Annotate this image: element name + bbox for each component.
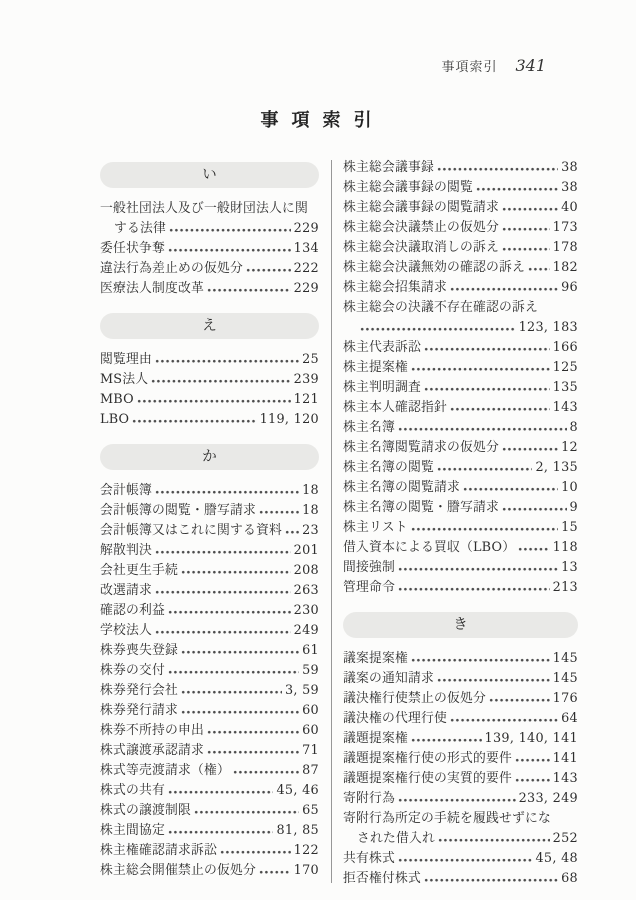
entry-line: 会計帳簿又はこれに関する資料23 — [100, 521, 319, 541]
page-ref: 8 — [570, 418, 578, 438]
dot-leader — [518, 538, 549, 558]
entry-term: 株主名簿の閲覧請求 — [343, 478, 460, 498]
index-entry: 株主名簿の閲覧・謄写請求9 — [343, 498, 578, 518]
page-ref: 96 — [561, 278, 578, 298]
dot-leader — [450, 278, 558, 298]
dot-leader — [437, 669, 550, 689]
section-pill: き — [343, 612, 578, 638]
entry-term: 株主名簿 — [343, 418, 395, 438]
page-ref: 166 — [553, 338, 578, 358]
dot-leader — [155, 541, 291, 561]
page-ref: 252 — [553, 829, 578, 849]
page-ref: 135 — [553, 378, 578, 398]
page-ref: 134 — [294, 239, 319, 259]
entry-line: 議決権行使禁止の仮処分176 — [343, 689, 578, 709]
entry-line: 株主名簿閲覧請求の仮処分12 — [343, 438, 578, 458]
entry-line: 株主総会議事録の閲覧38 — [343, 178, 578, 198]
entry-line: 管理命令213 — [343, 578, 578, 598]
page-number: 341 — [515, 56, 546, 75]
dot-leader — [168, 661, 299, 681]
index-entry: 株主総会議事録の閲覧38 — [343, 178, 578, 198]
dot-leader — [438, 829, 550, 849]
entry-term: 株券の交付 — [100, 661, 165, 681]
index-entry: 株主本人確認指針143 — [343, 398, 578, 418]
dot-leader — [207, 279, 291, 299]
dot-leader — [424, 338, 550, 358]
dot-leader — [398, 418, 567, 438]
entry-line: 株主総会決議無効の確認の訴え182 — [343, 258, 578, 278]
index-entry: 議題提案権139, 140, 141 — [343, 729, 578, 749]
page-ref: 119, 120 — [260, 410, 319, 430]
entry-line: 借入資本による買収（LBO）118 — [343, 538, 578, 558]
dot-leader — [155, 350, 299, 370]
dot-leader — [411, 729, 482, 749]
dot-leader — [515, 749, 550, 769]
dot-leader — [502, 438, 558, 458]
entry-line: 株券不所持の申出60 — [100, 721, 319, 741]
index-entry: 株式の譲渡制限65 — [100, 801, 319, 821]
dot-leader — [155, 621, 291, 641]
index-entry: 株主提案権125 — [343, 358, 578, 378]
dot-leader — [168, 601, 291, 621]
dot-leader — [207, 741, 299, 761]
entry-line: 株式の譲渡制限65 — [100, 801, 319, 821]
page-ref: 38 — [561, 158, 578, 178]
entry-line: 株券発行会社3, 59 — [100, 681, 319, 701]
entry-term: MS法人 — [100, 370, 148, 390]
entry-term: 株券発行会社 — [100, 681, 178, 701]
entry-line: する法律229 — [100, 219, 319, 239]
page-ref: 201 — [294, 541, 319, 561]
index-entry: 株主名簿の閲覧請求10 — [343, 478, 578, 498]
entry-term: 違法行為差止めの仮処分 — [100, 259, 243, 279]
index-entry: 株式譲渡承認請求71 — [100, 741, 319, 761]
index-entry: 拒否権付株式68 — [343, 869, 578, 889]
index-entry: 学校法人249 — [100, 621, 319, 641]
page-ref: 38 — [561, 178, 578, 198]
dot-leader — [411, 518, 558, 538]
entry-term: 株主総会決議無効の確認の訴え — [343, 258, 525, 278]
page-ref: 143 — [553, 398, 578, 418]
section-pill: か — [100, 444, 319, 470]
index-entry: 議案提案権145 — [343, 649, 578, 669]
entry-line: LBO119, 120 — [100, 410, 319, 430]
entry-line: 株主判明調査135 — [343, 378, 578, 398]
dot-leader — [502, 238, 550, 258]
right-column: 株主総会議事録38株主総会議事録の閲覧38株主総会議事録の閲覧請求40株主総会決… — [343, 158, 578, 889]
index-entry: 株主リスト15 — [343, 518, 578, 538]
entry-term: 会社更生手続 — [100, 561, 178, 581]
page-ref: 3, 59 — [285, 681, 319, 701]
section-label: か — [202, 449, 217, 465]
index-entry: 一般社団法人及び一般財団法人に関する法律229 — [100, 199, 319, 239]
entry-line: 株主総会決議取消しの訴え178 — [343, 238, 578, 258]
running-head-title: 事項索引 — [441, 56, 497, 75]
entry-line: MBO121 — [100, 390, 319, 410]
entry-line: 会計帳簿の閲覧・謄写請求18 — [100, 501, 319, 521]
entry-line: 改選請求263 — [100, 581, 319, 601]
index-entry: 株式の共有45, 46 — [100, 781, 319, 801]
entry-term: 議決権行使禁止の仮処分 — [343, 689, 486, 709]
entry-term: 株主名簿の閲覧 — [343, 458, 434, 478]
entry-term: 医療法人制度改革 — [100, 279, 204, 299]
entry-line: 一般社団法人及び一般財団法人に関 — [100, 199, 319, 219]
entry-term: 株主総会決議取消しの訴え — [343, 238, 499, 258]
page-ref: 122 — [294, 841, 319, 861]
page-ref: 173 — [553, 218, 578, 238]
entry-line: 会社更生手続208 — [100, 561, 319, 581]
entry-term: 改選請求 — [100, 581, 152, 601]
dot-leader — [181, 681, 282, 701]
page-ref: 123, 183 — [519, 318, 578, 338]
dot-leader — [168, 239, 291, 259]
entry-line: 解散判決201 — [100, 541, 319, 561]
index-entry: 株主総会決議取消しの訴え178 — [343, 238, 578, 258]
dot-leader — [398, 849, 532, 869]
index-entry: 医療法人制度改革229 — [100, 279, 319, 299]
entry-line: 議題提案権行使の形式的要件141 — [343, 749, 578, 769]
index-entry: 解散判決201 — [100, 541, 319, 561]
entry-term: 株主名簿閲覧請求の仮処分 — [343, 438, 499, 458]
dot-leader — [437, 158, 558, 178]
index-entry: 株主総会開催禁止の仮処分170 — [100, 861, 319, 881]
index-entry: 議決権行使禁止の仮処分176 — [343, 689, 578, 709]
dot-leader — [168, 821, 274, 841]
entry-term: 株主権確認請求訴訟 — [100, 841, 217, 861]
page-ref: 18 — [302, 481, 319, 501]
entry-term: 株主総会議事録 — [343, 158, 434, 178]
entry-term: する法律 — [114, 219, 166, 239]
dot-leader — [132, 410, 256, 430]
dot-leader — [398, 578, 550, 598]
entry-term: 確認の利益 — [100, 601, 165, 621]
entry-line: 株主総会決議禁止の仮処分173 — [343, 218, 578, 238]
entry-line: 委任状争奪134 — [100, 239, 319, 259]
dot-leader — [424, 869, 558, 889]
dot-leader — [285, 521, 299, 541]
index-entry: 間接強制13 — [343, 558, 578, 578]
page-ref: 125 — [553, 358, 578, 378]
page-ref: 170 — [294, 861, 319, 881]
page-ref: 222 — [294, 259, 319, 279]
entry-line: 株券の交付59 — [100, 661, 319, 681]
index-entry: 株主総会決議禁止の仮処分173 — [343, 218, 578, 238]
index-entry: 株主総会議事録の閲覧請求40 — [343, 198, 578, 218]
page-ref: 145 — [553, 669, 578, 689]
entry-line: 株券喪失登録61 — [100, 641, 319, 661]
page-ref: 139, 140, 141 — [485, 729, 578, 749]
page-ref: 45, 48 — [535, 849, 578, 869]
entry-term: 議題提案権行使の実質的要件 — [343, 769, 512, 789]
entry-line: 株式譲渡承認請求71 — [100, 741, 319, 761]
entry-line: 確認の利益230 — [100, 601, 319, 621]
page-title: 事 項 索 引 — [0, 106, 636, 132]
entry-term: 株主総会の決議不存在確認の訴え — [343, 298, 538, 318]
entry-term: LBO — [100, 410, 129, 430]
dot-leader — [259, 501, 299, 521]
page-ref: 68 — [561, 869, 578, 889]
entry-term: 議決権の代理行使 — [343, 709, 447, 729]
dot-leader — [169, 219, 291, 239]
dot-leader — [450, 709, 558, 729]
entry-line: 株主総会議事録38 — [343, 158, 578, 178]
dot-leader — [463, 478, 558, 498]
entry-line: 株主名簿8 — [343, 418, 578, 438]
page-ref: 60 — [302, 721, 319, 741]
entry-line: 株主名簿の閲覧・謄写請求9 — [343, 498, 578, 518]
entry-term: 株主代表訴訟 — [343, 338, 421, 358]
dot-leader — [137, 390, 291, 410]
page-ref: 59 — [302, 661, 319, 681]
index-entry: 株主代表訴訟166 — [343, 338, 578, 358]
page-ref: 15 — [561, 518, 578, 538]
section-pill: い — [100, 162, 319, 188]
dot-leader — [411, 358, 550, 378]
section-pill: え — [100, 313, 319, 339]
entry-term: 株券喪失登録 — [100, 641, 178, 661]
entry-term: 株主総会議事録の閲覧 — [343, 178, 473, 198]
index-entry: 株券不所持の申出60 — [100, 721, 319, 741]
page-ref: 10 — [561, 478, 578, 498]
entry-term: 株券不所持の申出 — [100, 721, 204, 741]
page-ref: 61 — [302, 641, 319, 661]
page-ref: 182 — [553, 258, 578, 278]
page-ref: 230 — [294, 601, 319, 621]
index-entry: 議決権の代理行使64 — [343, 709, 578, 729]
entry-line: 株式の共有45, 46 — [100, 781, 319, 801]
page-ref: 178 — [553, 238, 578, 258]
entry-term: 拒否権付株式 — [343, 869, 421, 889]
page-ref: 13 — [561, 558, 578, 578]
entry-line: 株主総会の決議不存在確認の訴え — [343, 298, 578, 318]
entry-line: 間接強制13 — [343, 558, 578, 578]
entry-line: 株主名簿の閲覧2, 135 — [343, 458, 578, 478]
index-entry: 委任状争奪134 — [100, 239, 319, 259]
column-divider — [331, 160, 332, 883]
dot-leader — [398, 558, 558, 578]
entry-line: 寄附行為所定の手続を履践せずにな — [343, 809, 578, 829]
index-entry: 株主総会決議無効の確認の訴え182 — [343, 258, 578, 278]
entry-term: 株式の譲渡制限 — [100, 801, 191, 821]
page-ref: 60 — [302, 701, 319, 721]
section-label: き — [453, 617, 468, 633]
index-entry: 株主総会招集請求96 — [343, 278, 578, 298]
dot-leader — [424, 378, 550, 398]
page-ref: 64 — [561, 709, 578, 729]
index-entry: 株券の交付59 — [100, 661, 319, 681]
index-entry: 寄附行為所定の手続を履践せずになされた借入れ252 — [343, 809, 578, 849]
dot-leader — [181, 701, 299, 721]
index-entry: 借入資本による買収（LBO）118 — [343, 538, 578, 558]
entry-term: 株券発行請求 — [100, 701, 178, 721]
index-entry: MS法人239 — [100, 370, 319, 390]
entry-term: 議案の通知請求 — [343, 669, 434, 689]
dot-leader — [502, 198, 558, 218]
entry-term: 寄附行為所定の手続を履践せずにな — [343, 809, 551, 829]
page-ref: 25 — [302, 350, 319, 370]
entry-line: 議題提案権行使の実質的要件143 — [343, 769, 578, 789]
entry-term: 株主提案権 — [343, 358, 408, 378]
page-ref: 18 — [302, 501, 319, 521]
entry-line: 議決権の代理行使64 — [343, 709, 578, 729]
entry-line: 共有株式45, 48 — [343, 849, 578, 869]
entry-term: 会計帳簿 — [100, 481, 152, 501]
dot-leader — [502, 498, 567, 518]
page-ref: 208 — [294, 561, 319, 581]
left-column: い一般社団法人及び一般財団法人に関する法律229委任状争奪134違法行為差止めの… — [100, 158, 319, 889]
running-head: 事項索引 341 — [441, 56, 546, 75]
index-entry: 会計帳簿又はこれに関する資料23 — [100, 521, 319, 541]
dot-leader — [502, 218, 550, 238]
dot-leader — [233, 761, 299, 781]
page-ref: 118 — [553, 538, 578, 558]
entry-term: 会計帳簿の閲覧・謄写請求 — [100, 501, 256, 521]
dot-leader — [194, 801, 299, 821]
entry-line: 株主総会開催禁止の仮処分170 — [100, 861, 319, 881]
entry-term: 解散判決 — [100, 541, 152, 561]
dot-leader — [489, 689, 550, 709]
dot-leader — [155, 481, 299, 501]
entry-line: 株主リスト15 — [343, 518, 578, 538]
entry-term: 株主総会議事録の閲覧請求 — [343, 198, 499, 218]
page-ref: 9 — [570, 498, 578, 518]
entry-term: 議題提案権 — [343, 729, 408, 749]
entry-line: 株主提案権125 — [343, 358, 578, 378]
entry-line: された借入れ252 — [343, 829, 578, 849]
entry-line: 123, 183 — [343, 318, 578, 338]
page-ref: 81, 85 — [276, 821, 319, 841]
index-entry: 会計帳簿18 — [100, 481, 319, 501]
page-ref: 12 — [561, 438, 578, 458]
page-ref: 176 — [553, 689, 578, 709]
entry-term: 議題提案権行使の形式的要件 — [343, 749, 512, 769]
entry-line: 議題提案権139, 140, 141 — [343, 729, 578, 749]
dot-leader — [360, 318, 516, 338]
dot-leader — [207, 721, 299, 741]
dot-leader — [259, 861, 291, 881]
page-ref: 87 — [302, 761, 319, 781]
entry-term: 寄附行為 — [343, 789, 395, 809]
page-ref: 263 — [294, 581, 319, 601]
dot-leader — [181, 641, 299, 661]
index-entry: 閲覧理由25 — [100, 350, 319, 370]
entry-line: 株式等売渡請求（権）87 — [100, 761, 319, 781]
index-entry: 株主名簿の閲覧2, 135 — [343, 458, 578, 478]
entry-term: 株主総会招集請求 — [343, 278, 447, 298]
page-ref: 249 — [294, 621, 319, 641]
index-entry: 寄附行為233, 249 — [343, 789, 578, 809]
entry-line: 株主本人確認指針143 — [343, 398, 578, 418]
index-entry: 議案の通知請求145 — [343, 669, 578, 689]
entry-term: 株主総会決議禁止の仮処分 — [343, 218, 499, 238]
index-entry: LBO119, 120 — [100, 410, 319, 430]
entry-term: 委任状争奪 — [100, 239, 165, 259]
index-entry: 株主権確認請求訴訟122 — [100, 841, 319, 861]
entry-line: 株主代表訴訟166 — [343, 338, 578, 358]
dot-leader — [476, 178, 558, 198]
entry-term: 間接強制 — [343, 558, 395, 578]
index-entry: 株主総会の決議不存在確認の訴え123, 183 — [343, 298, 578, 338]
entry-line: 拒否権付株式68 — [343, 869, 578, 889]
entry-line: 株主総会議事録の閲覧請求40 — [343, 198, 578, 218]
entry-term: された借入れ — [357, 829, 435, 849]
entry-term: 借入資本による買収（LBO） — [343, 538, 515, 558]
dot-leader — [398, 789, 516, 809]
page-ref: 45, 46 — [276, 781, 319, 801]
entry-line: 違法行為差止めの仮処分222 — [100, 259, 319, 279]
entry-term: 学校法人 — [100, 621, 152, 641]
page-ref: 23 — [302, 521, 319, 541]
dot-leader — [411, 649, 550, 669]
index-entry: MBO121 — [100, 390, 319, 410]
index-entry: 株主総会議事録38 — [343, 158, 578, 178]
index-entry: 確認の利益230 — [100, 601, 319, 621]
page-ref: 141 — [553, 749, 578, 769]
entry-line: 株主間協定81, 85 — [100, 821, 319, 841]
entry-term: 株式譲渡承認請求 — [100, 741, 204, 761]
entry-term: 株主総会開催禁止の仮処分 — [100, 861, 256, 881]
page-ref: 121 — [294, 390, 319, 410]
index-columns: い一般社団法人及び一般財団法人に関する法律229委任状争奪134違法行為差止めの… — [100, 158, 578, 889]
page-ref: 40 — [561, 198, 578, 218]
index-entry: 株券喪失登録61 — [100, 641, 319, 661]
page-ref: 145 — [553, 649, 578, 669]
entry-term: 株式等売渡請求（権） — [100, 761, 230, 781]
dot-leader — [515, 769, 550, 789]
entry-term: 株主間協定 — [100, 821, 165, 841]
entry-line: 医療法人制度改革229 — [100, 279, 319, 299]
book-page: 事項索引 341 事 項 索 引 い一般社団法人及び一般財団法人に関する法律22… — [0, 0, 636, 900]
dot-leader — [437, 458, 533, 478]
dot-leader — [168, 781, 274, 801]
index-entry: 株券発行請求60 — [100, 701, 319, 721]
index-entry: 共有株式45, 48 — [343, 849, 578, 869]
index-entry: 議題提案権行使の形式的要件141 — [343, 749, 578, 769]
entry-line: MS法人239 — [100, 370, 319, 390]
index-entry: 株主間協定81, 85 — [100, 821, 319, 841]
entry-term: 株主本人確認指針 — [343, 398, 447, 418]
entry-term: 管理命令 — [343, 578, 395, 598]
entry-line: 会計帳簿18 — [100, 481, 319, 501]
index-entry: 株主名簿8 — [343, 418, 578, 438]
entry-line: 議案の通知請求145 — [343, 669, 578, 689]
entry-term: 一般社団法人及び一般財団法人に関 — [100, 199, 308, 219]
entry-term: 株主判明調査 — [343, 378, 421, 398]
entry-line: 株主総会招集請求96 — [343, 278, 578, 298]
entry-term: 議案提案権 — [343, 649, 408, 669]
index-entry: 議題提案権行使の実質的要件143 — [343, 769, 578, 789]
entry-term: 閲覧理由 — [100, 350, 152, 370]
entry-line: 学校法人249 — [100, 621, 319, 641]
dot-leader — [450, 398, 550, 418]
page-ref: 229 — [294, 219, 319, 239]
section-label: え — [202, 318, 217, 334]
entry-term: 共有株式 — [343, 849, 395, 869]
page-ref: 239 — [294, 370, 319, 390]
index-entry: 株主名簿閲覧請求の仮処分12 — [343, 438, 578, 458]
page-ref: 71 — [302, 741, 319, 761]
entry-line: 株主名簿の閲覧請求10 — [343, 478, 578, 498]
entry-line: 寄附行為233, 249 — [343, 789, 578, 809]
entry-line: 株主権確認請求訴訟122 — [100, 841, 319, 861]
entry-line: 議案提案権145 — [343, 649, 578, 669]
index-entry: 株券発行会社3, 59 — [100, 681, 319, 701]
page-ref: 65 — [302, 801, 319, 821]
entry-term: 株主名簿の閲覧・謄写請求 — [343, 498, 499, 518]
index-entry: 会計帳簿の閲覧・謄写請求18 — [100, 501, 319, 521]
index-entry: 会社更生手続208 — [100, 561, 319, 581]
page-ref: 213 — [553, 578, 578, 598]
